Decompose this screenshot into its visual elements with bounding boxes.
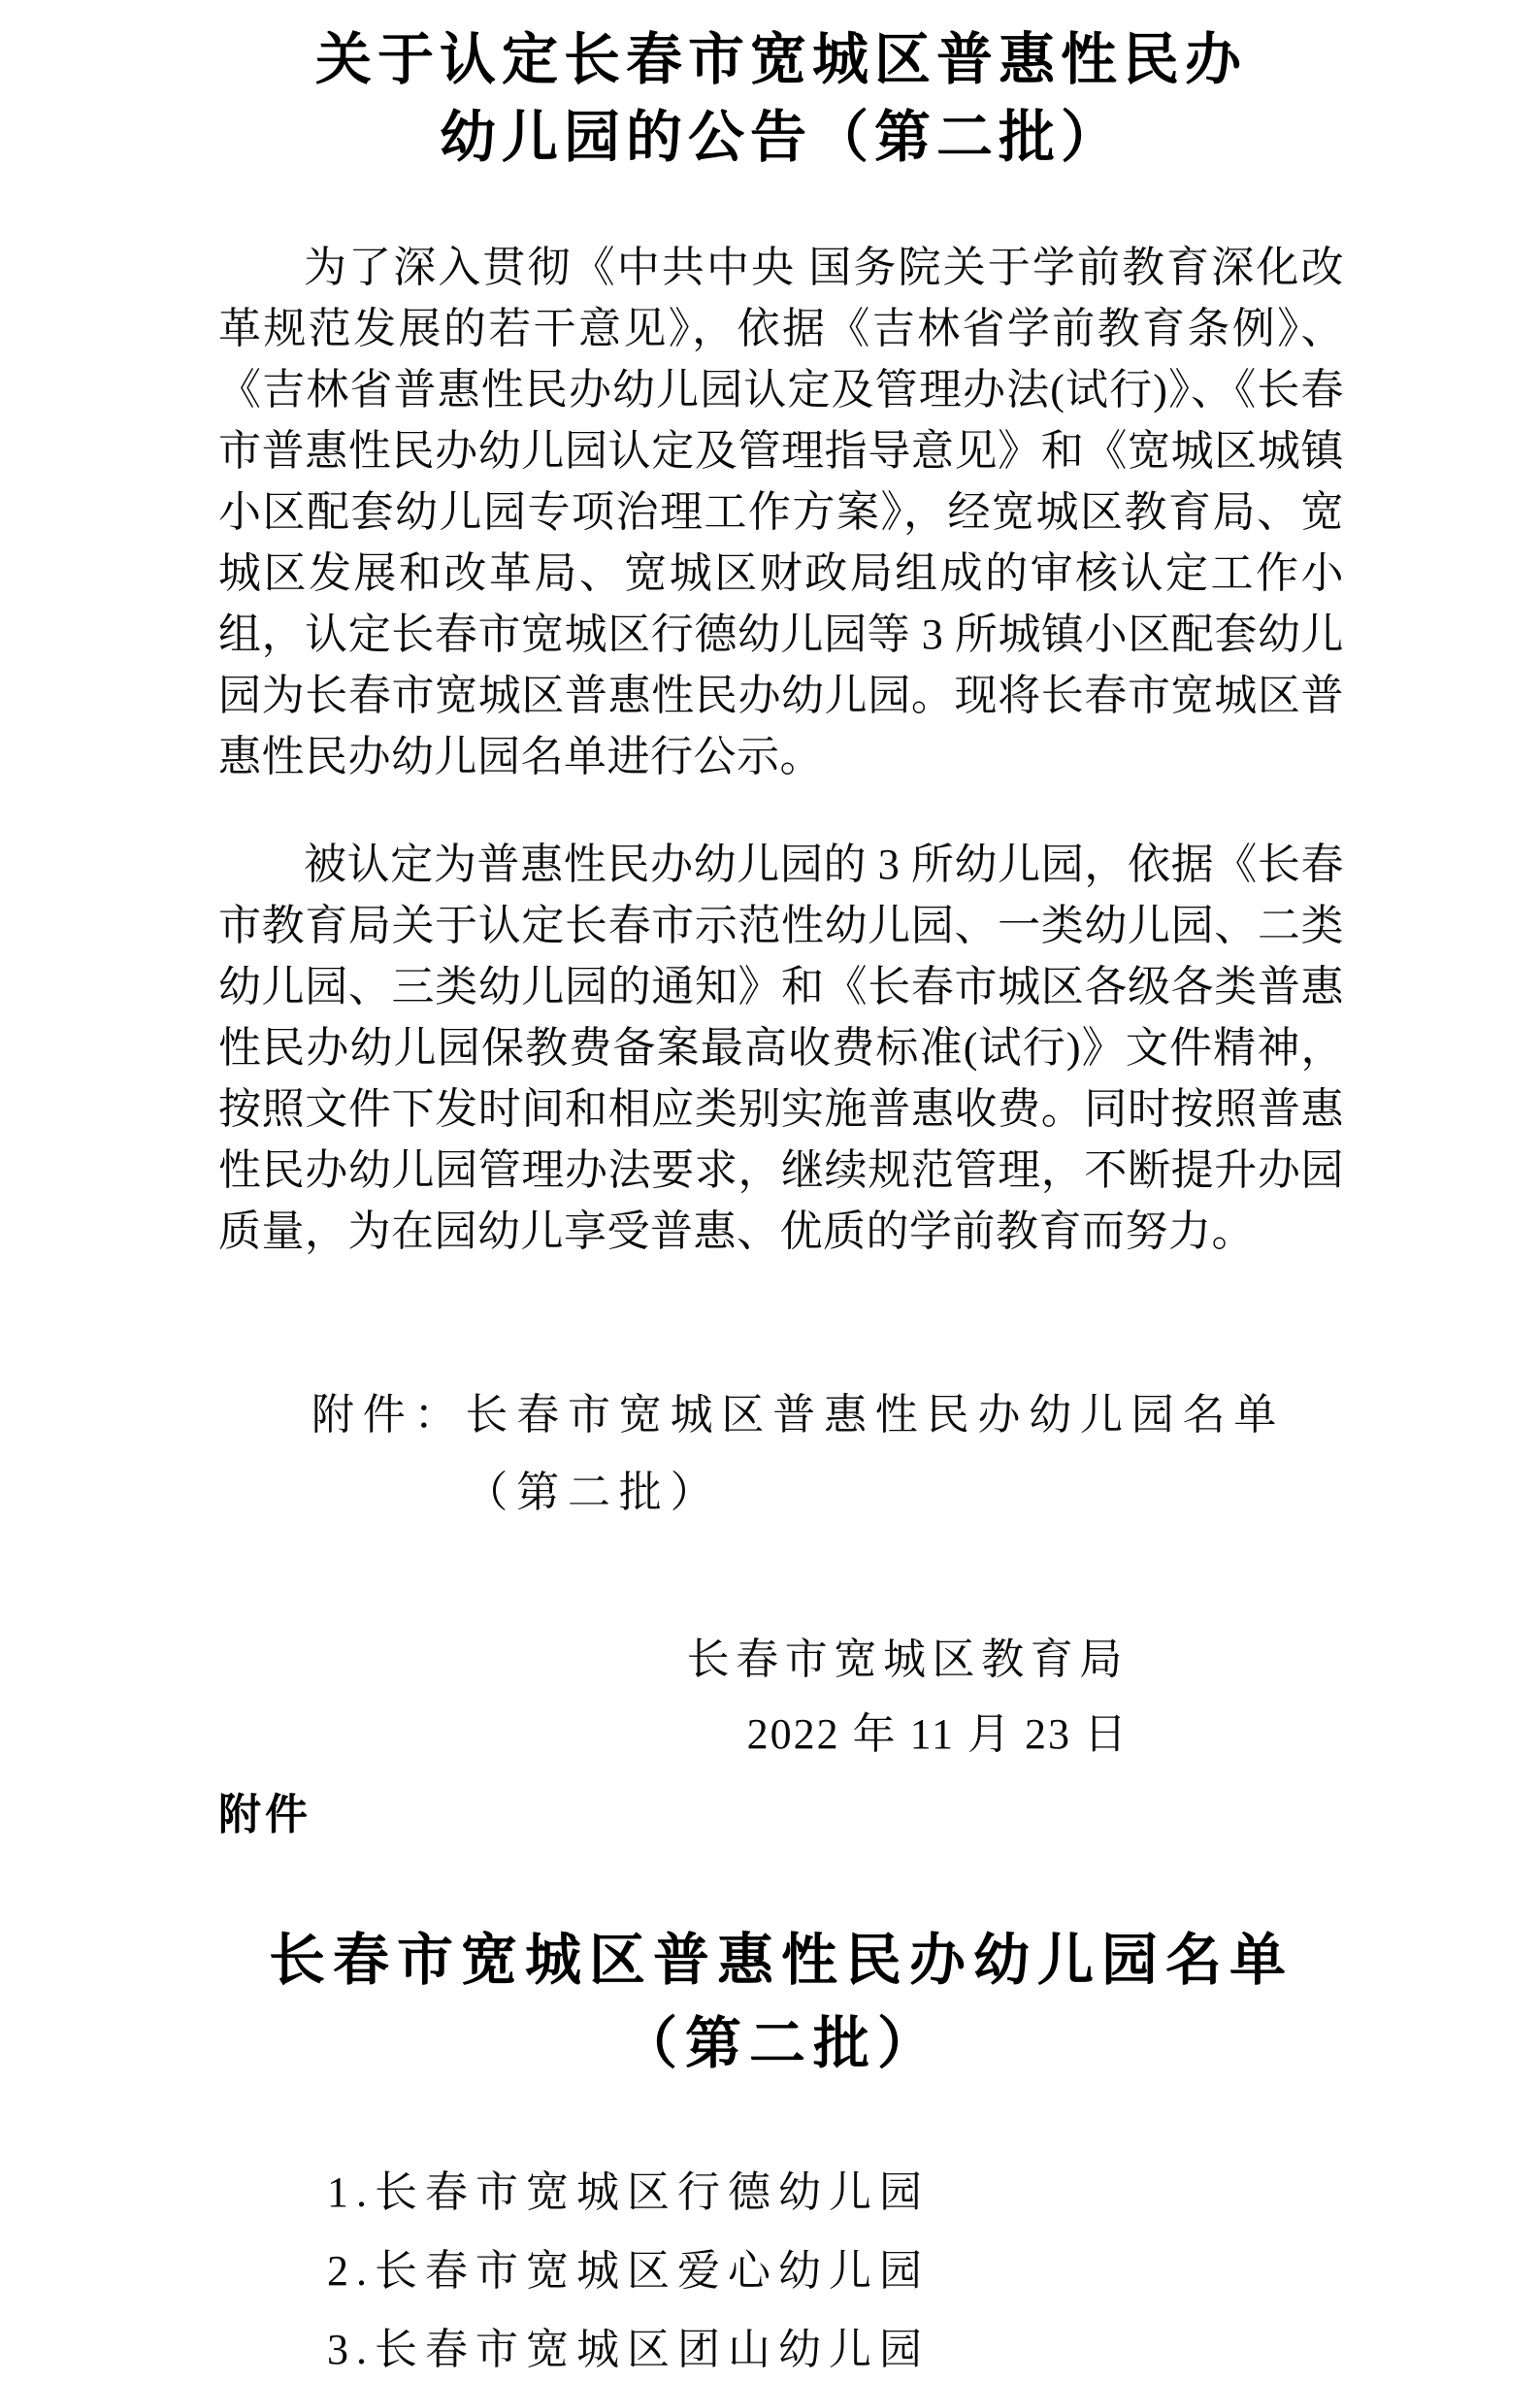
attachment-label: 附件: [218, 1789, 1344, 1841]
attachment-title: 长春市宽城区普惠性民办幼儿园名单 （第二批）: [218, 1919, 1344, 2086]
list-item: 1.长春市宽城区行德幼儿园: [327, 2168, 1344, 2217]
appendix-reference-label: 附件：: [311, 1376, 465, 1532]
issue-date: 2022 年 11 月 23 日: [218, 1704, 1129, 1765]
attachment-title-line1: 长春市宽城区普惠性民办幼儿园名单: [218, 1919, 1344, 2002]
list-item: 3.长春市宽城区团山幼儿园: [327, 2326, 1344, 2374]
appendix-reference-batch: （第二批）: [465, 1469, 721, 1516]
document-title-line2: 幼儿园的公告（第二批）: [218, 99, 1344, 177]
appendix-reference-title: 长春市宽城区普惠性民办幼儿园名单: [465, 1391, 1285, 1439]
kindergarten-list: 1.长春市宽城区行德幼儿园 2.长春市宽城区爱心幼儿园 3.长春市宽城区团山幼儿…: [327, 2168, 1344, 2374]
body-paragraph-2: 被认定为普惠性民办幼儿园的 3 所幼儿园，依据《长春市教育局关于认定长春市示范性…: [218, 834, 1344, 1262]
signature-block: 长春市宽城区教育局 2022 年 11 月 23 日: [218, 1629, 1344, 1765]
body-paragraph-1: 为了深入贯彻《中共中央 国务院关于学前教育深化改革规范发展的若干意见》，依据《吉…: [218, 237, 1344, 787]
appendix-reference: 附件： 长春市宽城区普惠性民办幼儿园名单 （第二批）: [311, 1376, 1344, 1532]
list-item: 2.长春市宽城区爱心幼儿园: [327, 2247, 1344, 2296]
document-title-line1: 关于认定长春市宽城区普惠性民办: [218, 21, 1344, 99]
document-body: 为了深入贯彻《中共中央 国务院关于学前教育深化改革规范发展的若干意见》，依据《吉…: [218, 237, 1344, 1262]
issuing-authority: 长春市宽城区教育局: [218, 1629, 1129, 1690]
attachment-title-line2: （第二批）: [218, 2002, 1344, 2086]
document-title: 关于认定长春市宽城区普惠性民办 幼儿园的公告（第二批）: [218, 21, 1344, 177]
appendix-reference-body: 长春市宽城区普惠性民办幼儿园名单 （第二批）: [465, 1376, 1285, 1532]
announcement-document-page: 关于认定长春市宽城区普惠性民办 幼儿园的公告（第二批） 为了深入贯彻《中共中央 …: [0, 0, 1540, 2382]
